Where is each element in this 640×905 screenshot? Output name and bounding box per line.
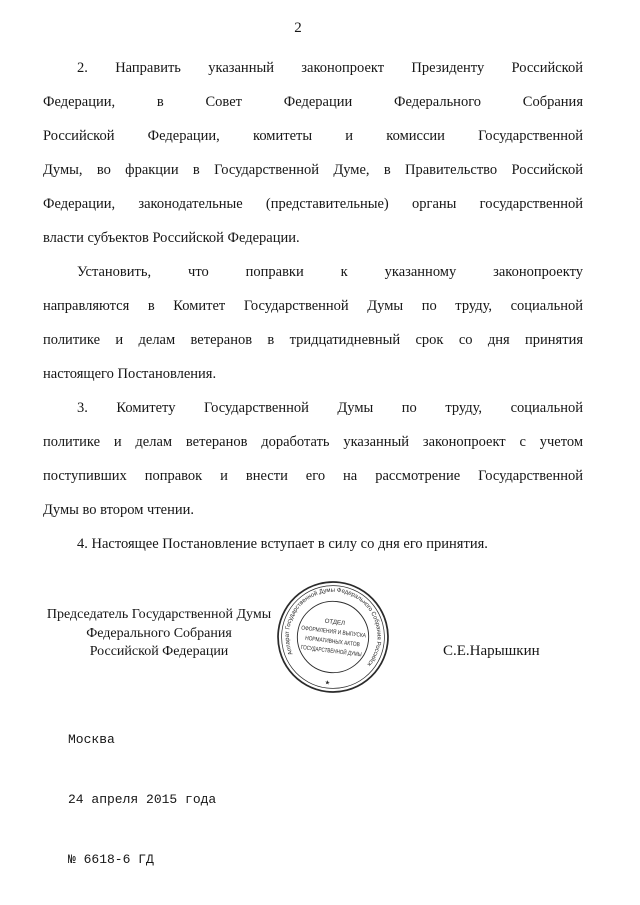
text-line: 4. Настоящее Постановление вступает в си…: [43, 527, 583, 561]
text-line: настоящего Постановления.: [43, 357, 583, 391]
paragraph-4: 4. Настоящее Постановление вступает в си…: [43, 527, 583, 561]
stamp-star-icon: ★: [324, 679, 331, 687]
text-line: политике и делам ветеранов в тридцатидне…: [43, 323, 583, 357]
stamp-outer-ring: [276, 580, 390, 694]
text-line: Федерации, в Совет Федерации Федеральног…: [43, 85, 583, 119]
text-line: Установить, что поправки к указанному за…: [43, 255, 583, 289]
page-number: 2: [43, 20, 553, 37]
text-line: 2. Направить указанный законопроект През…: [43, 51, 583, 85]
signatory-title: Председатель Государственной Думы Федера…: [45, 606, 273, 662]
document-page: 2 2. Направить указанный законопроект Пр…: [0, 0, 640, 905]
document-body: 2. Направить указанный законопроект През…: [43, 51, 583, 561]
paragraph-3: 3. Комитету Государственной Думы по труд…: [43, 391, 583, 527]
signatory-title-line: Российской Федерации: [45, 643, 273, 662]
signatory-title-line: Федерального Собрания: [45, 625, 273, 644]
text-line: Российской Федерации, комитеты и комисси…: [43, 119, 583, 153]
text-line: направляются в Комитет Государственной Д…: [43, 289, 583, 323]
footer-city: Москва: [68, 730, 216, 750]
stamp-second-ring: [276, 580, 390, 694]
signatory-title-line: Председатель Государственной Думы: [45, 606, 273, 625]
paragraph-2-continued: Установить, что поправки к указанному за…: [43, 255, 583, 391]
text-line: 3. Комитету Государственной Думы по труд…: [43, 391, 583, 425]
stamp-center-text: ОТДЕЛ: [324, 618, 345, 627]
paragraph-2: 2. Направить указанный законопроект През…: [43, 51, 583, 255]
footer-doc-number: № 6618-6 ГД: [68, 850, 216, 870]
text-line: поступивших поправок и внести его на рас…: [43, 459, 583, 493]
text-line: политике и делам ветеранов доработать ук…: [43, 425, 583, 459]
footer-date: 24 апреля 2015 года: [68, 790, 216, 810]
document-footer: Москва 24 апреля 2015 года № 6618-6 ГД: [68, 690, 216, 905]
official-stamp: Аппарат Государственной Думы Федеральног…: [276, 580, 390, 694]
text-line: Думы, во фракции в Государственной Думе,…: [43, 153, 583, 187]
text-line: Думы во втором чтении.: [43, 493, 583, 527]
text-line: Федерации, законодательные (представител…: [43, 187, 583, 221]
signatory-name: С.Е.Нарышкин: [443, 643, 540, 660]
text-line: власти субъектов Российской Федерации.: [43, 221, 583, 255]
